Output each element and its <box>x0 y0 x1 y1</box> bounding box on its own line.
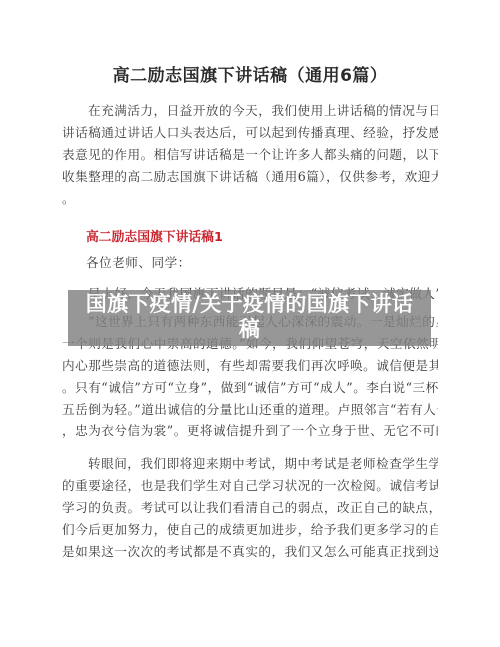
text-line: ，忠为衣兮信为裳”。更将诚信提升到了一个立身于世、无它不可的境界。 <box>62 420 438 442</box>
text-line: 表意见的作用。相信写讲话稿是一个让许多人都头痛的问题，以下是小编 <box>62 144 438 166</box>
text-line: 在充满活力，日益开放的今天，我们使用上讲话稿的情况与日俱增， <box>62 100 438 122</box>
text-line: 收集整理的高二励志国旗下讲话稿（通用6篇），仅供参考，欢迎大家阅读 <box>62 166 438 188</box>
intro-paragraph: 在充满活力，日益开放的今天，我们使用上讲话稿的情况与日俱增， 讲话稿通过讲话人口… <box>62 100 438 209</box>
text-line: 是如果这一次次的考试都是不真实的，我们又怎么可能真正找到这份自信 <box>62 541 438 563</box>
document-page: 高二励志国旗下讲话稿（通用6篇） 在充满活力，日益开放的今天，我们使用上讲话稿的… <box>0 0 500 647</box>
text-line: 五岳倒为轻。”道出诚信的分量比山还重的道理。卢照邻言“若有人兮天一方 <box>62 399 438 421</box>
text-line: 的重要途径，也是我们学生对自己学习状况的一次检阅。诚信考试，是对 <box>62 475 438 497</box>
banner-title-line-1: 国旗下疫情/关于疫情的国旗下讲话 <box>68 292 431 317</box>
salutation: 各位老师、同学： <box>86 254 191 272</box>
text-line: 转眼间，我们即将迎来期中考试，期中考试是老师检查学生学习效果 <box>62 453 438 475</box>
text-line: 讲话稿通过讲话人口头表达后，可以起到传播真理、经验，抒发感情，发 <box>62 122 438 144</box>
text-line: 内心那些崇高的道德法则，有些却需要我们再次呼唤。诚信便是其中之一 <box>62 355 438 377</box>
section-heading: 高二励志国旗下讲话稿1 <box>86 229 223 247</box>
text-line: 们今后更加努力，使自己的成绩更加进步，给予我们更多学习的自信。但 <box>62 519 438 541</box>
banner-title-line-2: 稿 <box>68 317 431 342</box>
text-line: 学习的负责。考试可以让我们看清自己的弱点，改正自己的缺点，促使我 <box>62 497 438 519</box>
body-paragraph-3: 转眼间，我们即将迎来期中考试，期中考试是老师检查学生学习效果 的重要途径，也是我… <box>62 453 438 562</box>
overlay-banner-title: 国旗下疫情/关于疫情的国旗下讲话 稿 <box>68 292 431 342</box>
document-title: 高二励志国旗下讲话稿（通用6篇） <box>0 64 500 88</box>
text-line: 。 <box>62 188 438 210</box>
text-line: 。只有“诚信”方可“立身”，做到“诚信”方可“成人”。李白说“三杯吐然诺， <box>62 377 438 399</box>
